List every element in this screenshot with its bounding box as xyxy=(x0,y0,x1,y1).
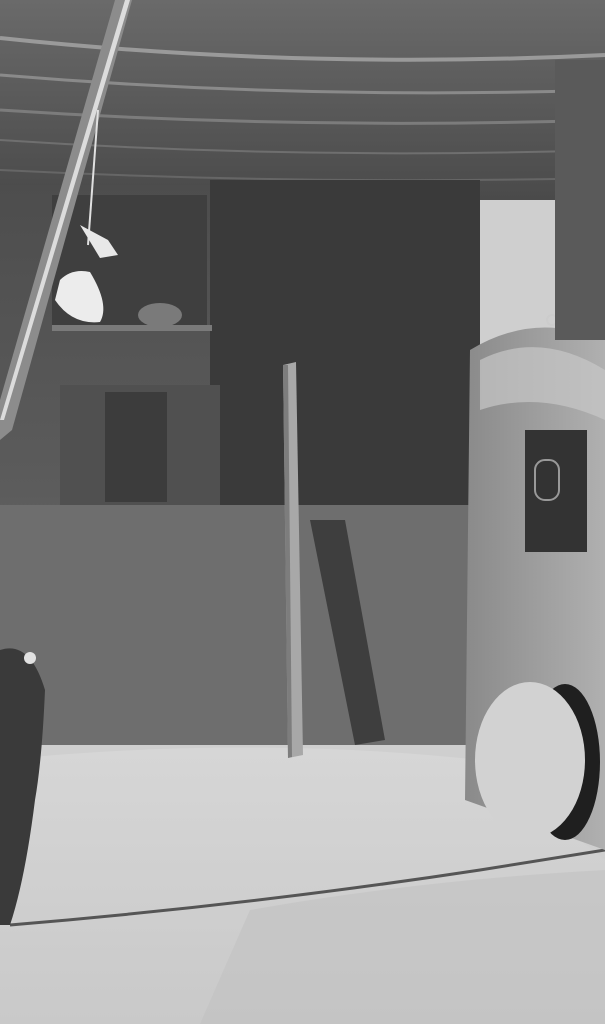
round-pan xyxy=(475,682,600,840)
courtyard-photograph xyxy=(0,0,605,1024)
lower-wall xyxy=(0,505,470,745)
